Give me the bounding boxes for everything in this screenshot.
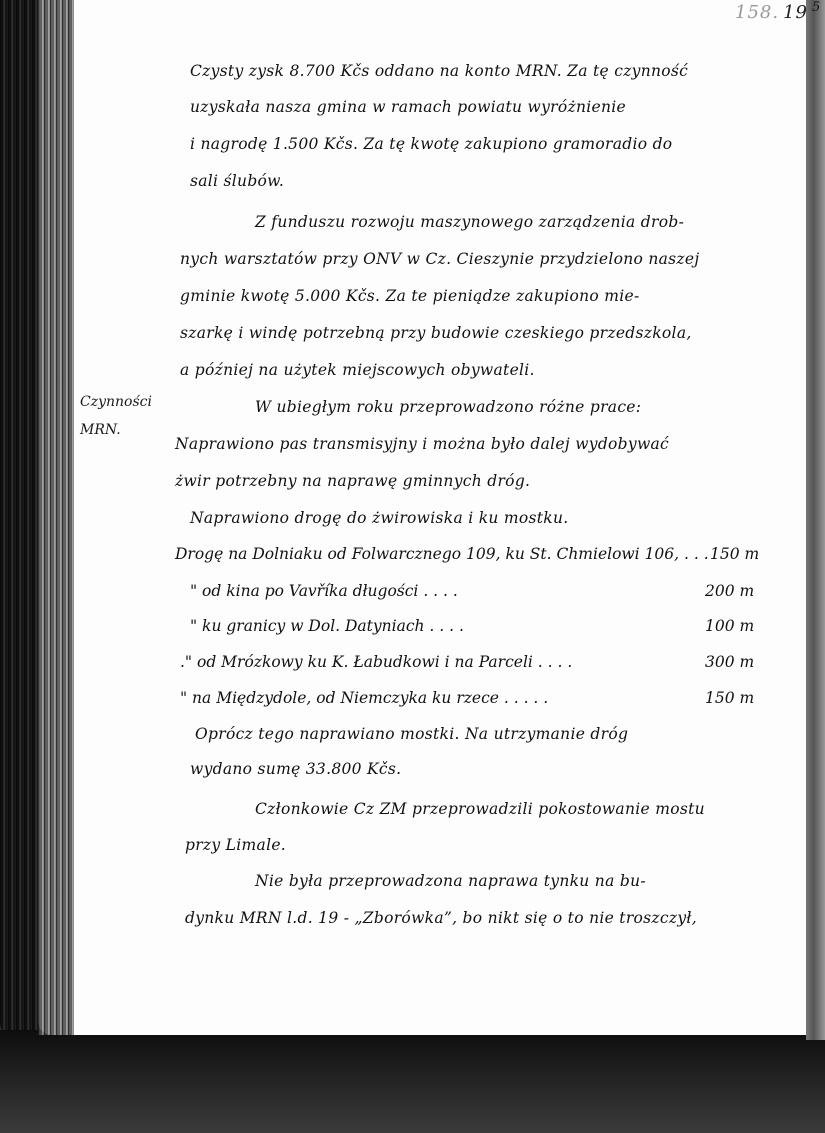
margin-note-line: Czynności — [80, 388, 152, 416]
text-line: uzyskała nasza gmina w ramach powiatu wy… — [190, 98, 626, 116]
text-line: gminie kwotę 5.000 Kčs. Za te pieniądze … — [180, 287, 640, 305]
text-line: i nagrodę 1.500 Kčs. Za tę kwotę zakupio… — [190, 135, 672, 153]
text-line: W ubiegłym roku przeprowadzono różne pra… — [255, 398, 641, 416]
text-line: Nie była przeprowadzona naprawa tynku na… — [255, 872, 646, 890]
text-line: wydano sumę 33.800 Kčs. — [190, 760, 401, 778]
text-line: Naprawiono pas transmisyjny i można było… — [175, 435, 669, 453]
road-length: 200 m — [705, 582, 754, 600]
road-length: 150 m — [710, 545, 759, 563]
text-line: a później na użytek miejscowych obywatel… — [180, 361, 535, 379]
text-line: Naprawiono drogę do żwirowiska i ku most… — [190, 509, 569, 527]
scan-background — [0, 1030, 825, 1133]
road-desc: " od kina po Vavříka długości . . . . — [190, 582, 458, 600]
road-desc: " na Międzydole, od Niemczyka ku rzece .… — [180, 689, 548, 707]
page-edge-stack — [38, 0, 74, 1035]
road-desc: ." od Mrózkowy ku K. Łabudkowi i na Parc… — [180, 653, 572, 671]
page-number: 158.19 — [735, 2, 808, 23]
road-length: 300 m — [705, 653, 754, 671]
text-line: dynku MRN l.d. 19 - „Zborówka”, bo nikt … — [185, 909, 697, 927]
text-line: przy Limale. — [185, 836, 286, 854]
margin-note-line: MRN. — [80, 416, 152, 444]
margin-note: Czynności MRN. — [80, 388, 152, 444]
folio-number: 19 — [783, 2, 808, 23]
faded-page-number: 158. — [735, 2, 779, 23]
edge-digit: 5 — [812, 0, 820, 15]
text-line: Czysty zysk 8.700 Kčs oddano na konto MR… — [190, 62, 688, 80]
road-length: 150 m — [705, 689, 754, 707]
right-page-edge — [806, 0, 825, 1040]
text-line: szarkę i windę potrzebną przy budowie cz… — [180, 324, 692, 342]
text-line: Oprócz tego naprawiano mostki. Na utrzym… — [195, 725, 628, 743]
text-line: żwir potrzebny na naprawę gminnych dróg. — [175, 472, 530, 490]
road-desc: Drogę na Dolniaku od Folwarcznego 109, k… — [175, 545, 709, 563]
road-length: 100 m — [705, 617, 754, 635]
text-line: nych warsztatów przy ONV w Cz. Cieszynie… — [180, 250, 699, 268]
text-line: Członkowie Cz ZM przeprowadzili pokostow… — [255, 800, 705, 818]
road-desc: " ku granicy w Dol. Datyniach . . . . — [190, 617, 464, 635]
text-line: Z funduszu rozwoju maszynowego zarządzen… — [255, 213, 684, 231]
text-line: sali ślubów. — [190, 172, 284, 190]
